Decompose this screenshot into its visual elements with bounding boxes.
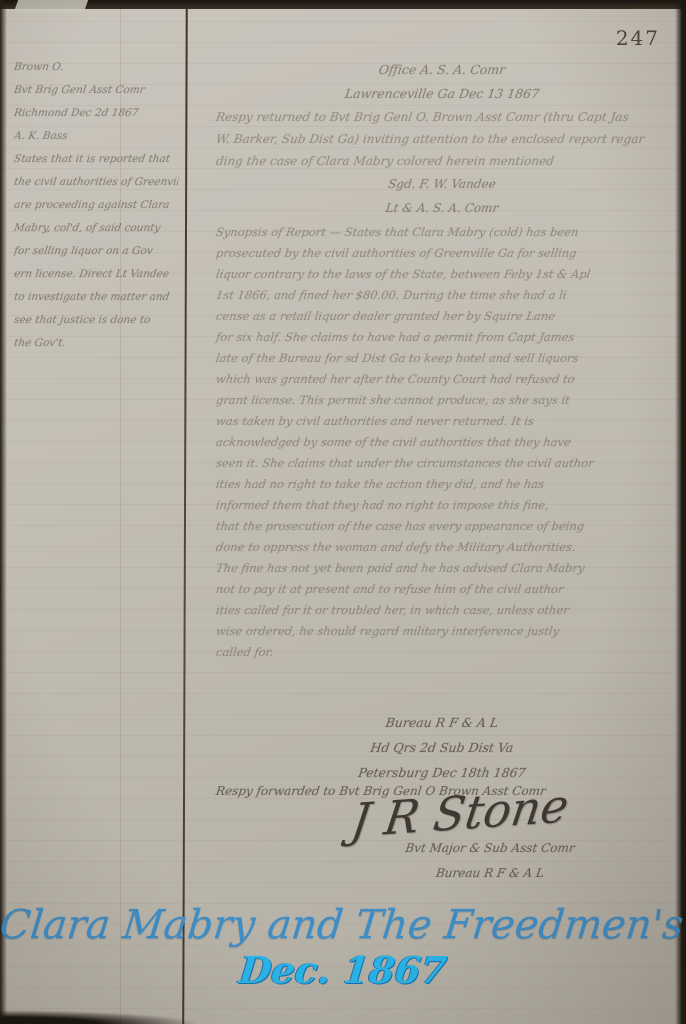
handwritten-line: informed them that they had no right to … (215, 495, 670, 516)
handwritten-line: The fine has not yet been paid and he ha… (215, 558, 670, 579)
handwritten-line: the civil authorities of Greenville (12, 171, 179, 194)
caption-title: Clara Mabry and The Freedmen's Bureau (0, 902, 686, 948)
endorsement-heading: Bureau R F & A LHd Qrs 2d Sub Dist VaPet… (216, 710, 668, 785)
page-bottom-edge (0, 1010, 200, 1024)
handwritten-line: see that justice is done to (12, 309, 179, 332)
scanned-ledger-page: 247 Brown O.Bvt Brig Genl Asst ComrRichm… (0, 0, 686, 1024)
handwritten-line: Synopsis of Report — States that Clara M… (215, 222, 670, 243)
handwritten-line: grant license. This permit she cannot pr… (215, 390, 670, 411)
handwritten-line: liquor contrary to the laws of the State… (215, 264, 670, 285)
handwritten-line: ding the case of Clara Mabry colored her… (214, 150, 669, 172)
margin-note-column: Brown O.Bvt Brig Genl Asst ComrRichmond … (14, 56, 178, 355)
handwritten-line: for selling liquor on a Gov (12, 240, 179, 263)
handwritten-line: to investigate the matter and (12, 286, 179, 309)
handwritten-line: acknowledged by some of the civil author… (215, 432, 670, 453)
handwritten-line: are proceeding against Clara (12, 194, 179, 217)
handwritten-line: Hd Qrs 2d Sub Dist Va (214, 735, 670, 760)
handwritten-line: seen it. She claims that under the circu… (215, 453, 670, 474)
handwritten-line: Bvt Major & Sub Asst Comr (298, 836, 682, 861)
handwritten-line: not to pay it at present and to refuse h… (215, 579, 670, 600)
handwritten-line: ities called for it or troubled her, in … (215, 600, 670, 621)
page-top-tear (14, 0, 88, 12)
handwritten-line: cense as a retail liquor dealer granted … (215, 306, 670, 327)
handwritten-line: Office A. S. A. Comr (214, 58, 669, 82)
handwritten-line: ern license. Direct Lt Vandee (12, 263, 179, 286)
handwritten-line: late of the Bureau for sd Dist Ga to kee… (215, 348, 670, 369)
page-top-edge (0, 0, 686, 9)
handwritten-line: was taken by civil authorities and never… (215, 411, 670, 432)
binding-edge (0, 0, 7, 1024)
handwritten-line: Respy returned to Bvt Brig Genl O. Brown… (214, 106, 669, 128)
handwritten-line: called for. (215, 642, 670, 663)
handwritten-line: Sgd. F. W. Vandee (214, 172, 669, 196)
entry-signed-lines: Sgd. F. W. VandeeLt & A. S. A. Comr (216, 172, 668, 220)
handwritten-line: Bvt Brig Genl Asst Comr (12, 79, 179, 102)
handwritten-line: for six half. She claims to have had a p… (215, 327, 670, 348)
synopsis-paragraph: Synopsis of Report — States that Clara M… (216, 222, 668, 663)
handwritten-line: ities had no right to take the action th… (215, 474, 670, 495)
handwritten-line: Bureau R F & A L (214, 710, 670, 735)
handwritten-line: Brown O. (12, 56, 179, 79)
entry-heading: Office A. S. A. ComrLawrenceville Ga Dec… (216, 58, 668, 106)
page-number: 247 (616, 26, 660, 50)
handwritten-line: done to oppress the woman and defy the M… (215, 537, 670, 558)
entry-return-paragraph: Respy returned to Bvt Brig Genl O. Brown… (216, 106, 668, 172)
handwritten-line: Mabry, col'd, of said county (12, 217, 179, 240)
caption-date: Dec. 1867 (0, 948, 686, 992)
handwritten-line: Richmond Dec 2d 1867 (12, 102, 179, 125)
handwritten-line: Bureau R F & A L (298, 861, 682, 886)
handwritten-line: W. Barker, Sub Dist Ga) inviting attenti… (214, 128, 669, 150)
handwritten-line: Lawrenceville Ga Dec 13 1867 (214, 82, 669, 106)
handwritten-line: Lt & A. S. A. Comr (214, 196, 669, 220)
handwritten-line: which was granted her after the County C… (215, 369, 670, 390)
handwritten-line: States that it is reported that (12, 148, 179, 171)
handwritten-line: prosecuted by the civil authorities of G… (215, 243, 670, 264)
handwritten-line: wise ordered, he should regard military … (215, 621, 670, 642)
signature-titles: Bvt Major & Sub Asst ComrBureau R F & A … (300, 836, 680, 886)
handwritten-line: that the prosecution of the case has eve… (215, 516, 670, 537)
handwritten-line: the Gov't. (12, 332, 179, 355)
handwritten-line: A. K. Bass (12, 125, 179, 148)
handwritten-line: 1st 1866, and fined her $80.00. During t… (215, 285, 670, 306)
